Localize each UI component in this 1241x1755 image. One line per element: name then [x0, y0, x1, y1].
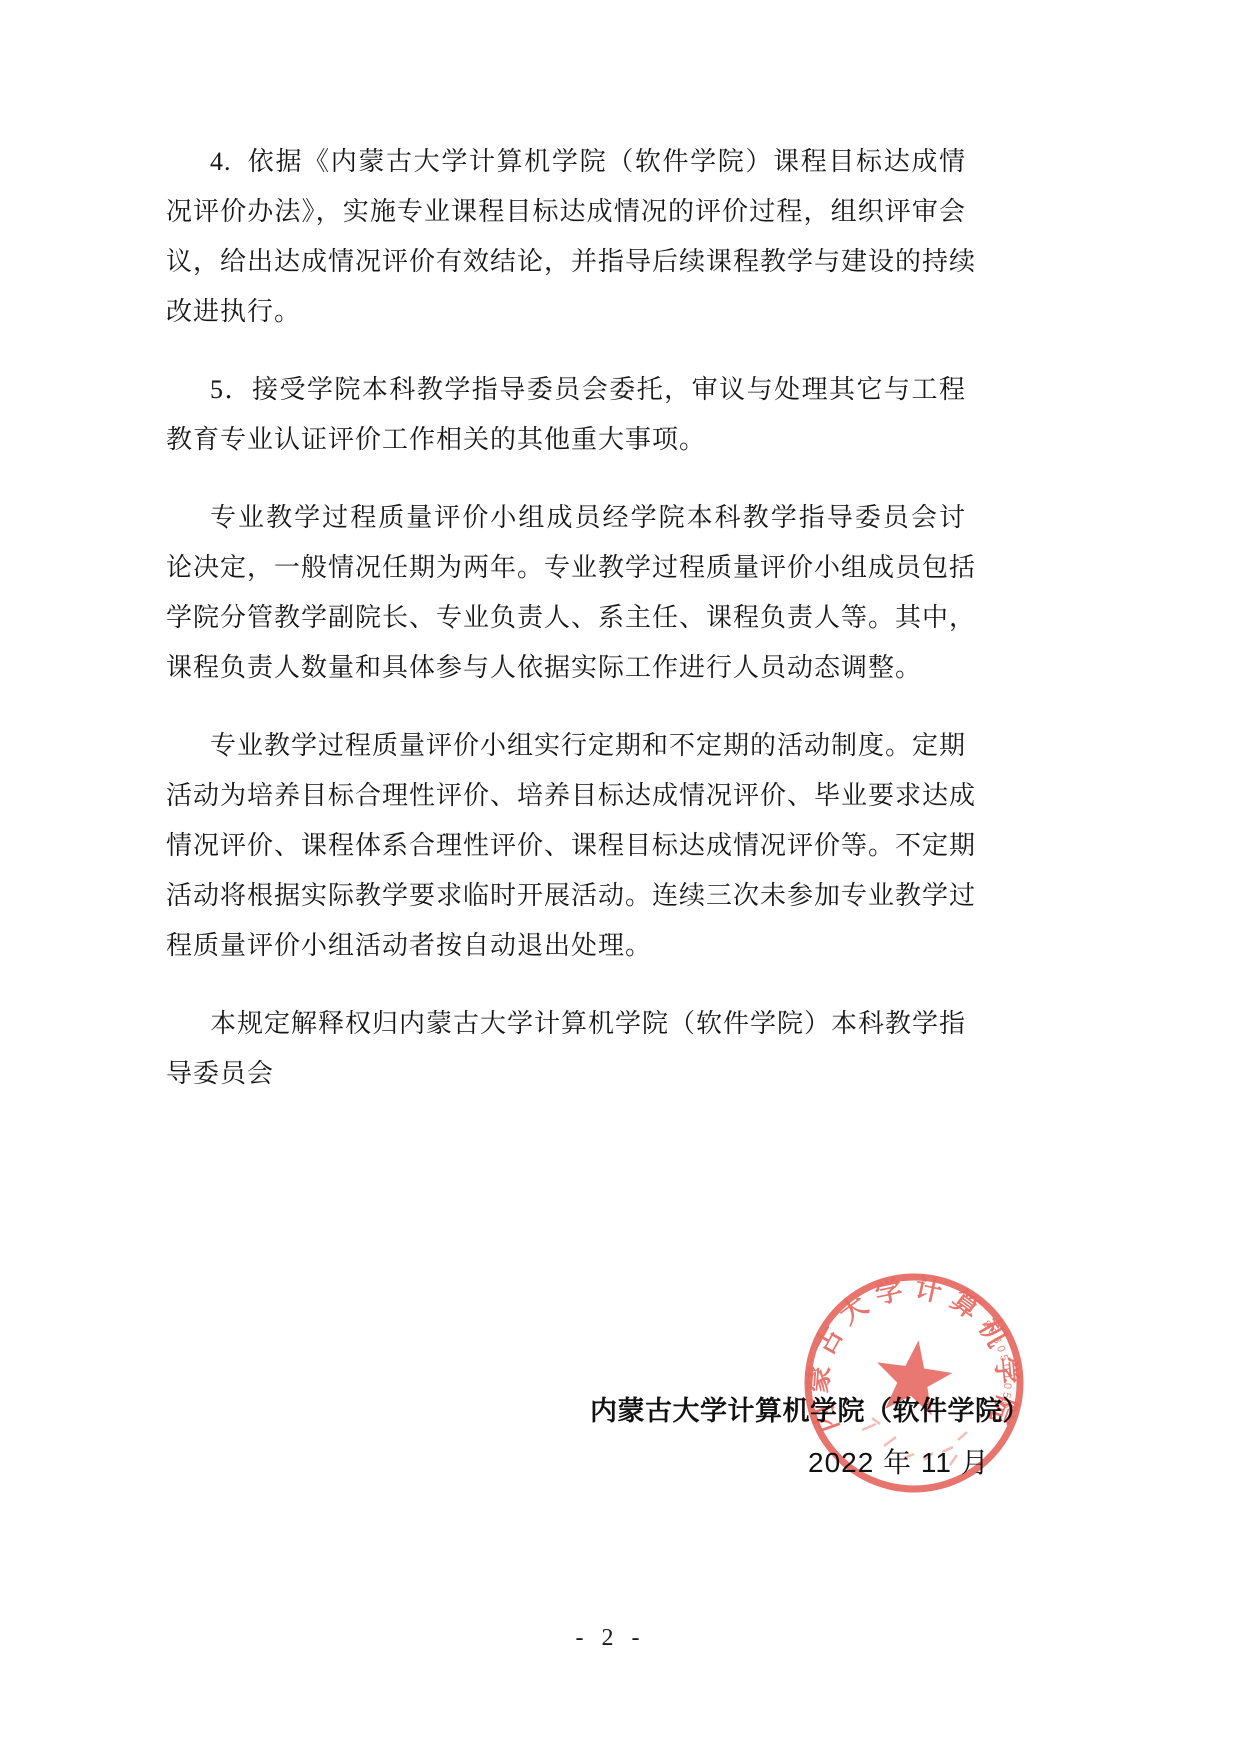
page-number: - 2 -	[0, 1625, 1221, 1652]
paragraph: 本规定解释权归内蒙古大学计算机学院（软件学院）本科教学指导委员会	[166, 999, 966, 1099]
paragraph-line: 本规定解释权归内蒙古大学计算机学院（软件学院）本科教学指	[166, 999, 966, 1049]
document-body: 4. 依据《内蒙古大学计算机学院（软件学院）课程目标达成情况评价办法》，实施专业…	[166, 137, 966, 1099]
paragraph-line: 专业教学过程质量评价小组成员经学院本科教学指导委员会讨	[166, 493, 966, 543]
paragraph: 5．接受学院本科教学指导委员会委托，审议与处理其它与工程教育专业认证评价工作相关…	[166, 365, 966, 465]
paragraph-line: 活动将根据实际教学要求临时开展活动。连续三次未参加专业教学过	[166, 871, 966, 921]
paragraph-line: 议，给出达成情况评价有效结论，并指导后续课程教学与建设的持续	[166, 237, 966, 287]
paragraph-line: 改进执行。	[166, 287, 966, 337]
paragraph-line: 情况评价、课程体系合理性评价、课程目标达成情况评价等。不定期	[166, 821, 966, 871]
paragraph: 专业教学过程质量评价小组成员经学院本科教学指导委员会讨论决定，一般情况任期为两年…	[166, 493, 966, 693]
paragraph-line: 导委员会	[166, 1049, 966, 1099]
paragraph-line: 5．接受学院本科教学指导委员会委托，审议与处理其它与工程	[166, 365, 966, 415]
paragraph-line: 4. 依据《内蒙古大学计算机学院（软件学院）课程目标达成情	[166, 137, 966, 187]
paragraph: 4. 依据《内蒙古大学计算机学院（软件学院）课程目标达成情况评价办法》，实施专业…	[166, 137, 966, 337]
paragraph-line: 论决定，一般情况任期为两年。专业教学过程质量评价小组成员包括	[166, 543, 966, 593]
paragraph-line: 况评价办法》，实施专业课程目标达成情况的评价过程，组织评审会	[166, 187, 966, 237]
document-page: 4. 依据《内蒙古大学计算机学院（软件学院）课程目标达成情况评价办法》，实施专业…	[0, 0, 1241, 1755]
paragraph-line: 课程负责人数量和具体参与人依据实际工作进行人员动态调整。	[166, 643, 966, 693]
signature-date: 2022 年 11 月	[808, 1441, 990, 1481]
paragraph-line: 教育专业认证评价工作相关的其他重大事项。	[166, 415, 966, 465]
paragraph-line: 程质量评价小组活动者按自动退出处理。	[166, 921, 966, 971]
paragraph-line: 学院分管教学副院长、专业负责人、系主任、课程负责人等。其中，	[166, 593, 966, 643]
paragraph: 专业教学过程质量评价小组实行定期和不定期的活动制度。定期活动为培养目标合理性评价…	[166, 721, 966, 971]
signature-org: 内蒙古大学计算机学院（软件学院）	[590, 1389, 1030, 1428]
paragraph-line: 专业教学过程质量评价小组实行定期和不定期的活动制度。定期	[166, 721, 966, 771]
paragraph-line: 活动为培养目标合理性评价、培养目标达成情况评价、毕业要求达成	[166, 771, 966, 821]
